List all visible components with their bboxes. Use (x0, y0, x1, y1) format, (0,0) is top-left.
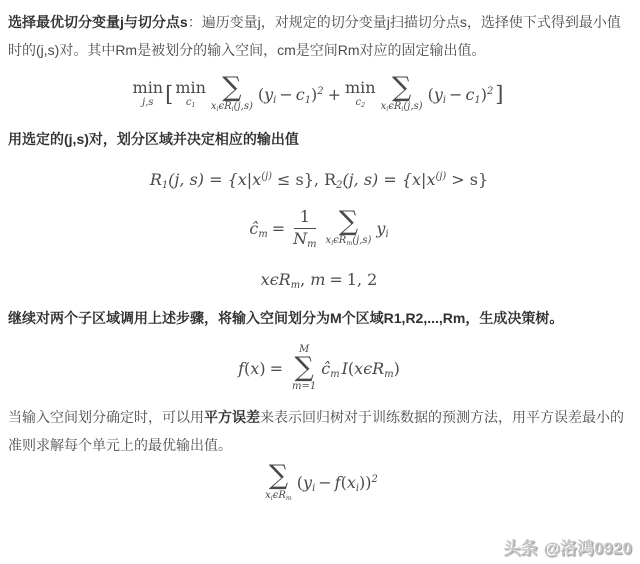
min-label: min (133, 80, 164, 96)
fraction-one-over-nm: 1 Nm (293, 208, 316, 248)
summation-symbol: ∑ (269, 464, 288, 488)
equals-sign: = (272, 219, 285, 238)
squared-term-2: (yi−c1)2 (428, 85, 494, 104)
sum-limit-xi-in-rm: xiϵRm(j,s) (326, 236, 372, 246)
residual-squared-term: (yi−f(xi))2 (297, 473, 378, 492)
sum-lower-limit: m=1 (292, 382, 316, 392)
summation-symbol: ∑ (392, 76, 411, 100)
formula-x-in-region: xϵRm,m=1, 2 (8, 270, 630, 289)
paragraph-intro: 选择最优切分变量j与切分点s：遍历变量j，对规定的切分变量j扫描切分点s，选择使… (8, 8, 630, 64)
min-js-limit: j,s (142, 98, 153, 108)
sum-limit-xi-in-rm: xiϵRm (265, 491, 292, 501)
plus-sign: + (328, 85, 341, 104)
min-label: min (175, 80, 206, 96)
formula-regression-tree-output: f(x) = M ∑ m=1 ĉmI(xϵRm) (8, 345, 630, 392)
paragraph-split-regions: 用选定的(j,s)对，划分区域并决定相应的输出值 (8, 125, 630, 153)
right-bracket: ] (495, 84, 503, 105)
summation-m-1-to-M: M ∑ m=1 (292, 345, 316, 392)
watermark-author-handle: @洛鸿0920 (544, 534, 632, 559)
indicator-term: ĉmI(xϵRm) (321, 359, 400, 378)
formula-squared-error-sum: ∑ xiϵRm (yi−f(xi))2 (8, 464, 630, 500)
x-in-rm-expression: xϵRm,m=1, 2 (261, 270, 378, 289)
c-hat-m: ĉm (249, 219, 267, 238)
region-r1-definition: R1(j, s) = {x|x(j)≤ s}, R2(j, s) = {x|x(… (150, 170, 488, 189)
squared-error-bold: 平方误差 (204, 409, 260, 425)
gt-s-segment: > s} (451, 170, 488, 189)
formula-min-squared-error: min j,s [ min c1 ∑ xiϵRi(j,s) (yi−c1)2 +… (8, 76, 630, 112)
watermark: 头条 @洛鸿0920 (504, 534, 632, 559)
summation-symbol: ∑ (294, 356, 313, 380)
y-i-term: yi (376, 219, 388, 238)
numerator: 1 (294, 208, 316, 228)
intro-colon: ： (188, 14, 202, 30)
equals-sign: = (270, 359, 283, 378)
left-bracket: [ (165, 84, 173, 105)
equals-sign: = (329, 270, 342, 289)
minus-sign: − (279, 85, 292, 104)
summation-xi-in-rm: ∑ xiϵRm (265, 464, 292, 500)
sum-limit-xi-in-ri: xiϵRi(j,s) (381, 102, 423, 112)
paragraph-recursion: 继续对两个子区域调用上述步骤，将输入空间划分为M个区域R1,R2,...,Rm，… (8, 304, 630, 332)
le-s-segment: ≤ s}, R (277, 170, 336, 189)
intro-bold-lead: 选择最优切分变量j与切分点s (8, 14, 188, 30)
summation-r1: ∑ xiϵRi(j,s) (211, 76, 253, 112)
min-js-operator: min j,s (133, 80, 164, 108)
recursion-bold: 继续对两个子区域调用上述步骤，将输入空间划分为M个区域R1,R2,...,Rm，… (8, 310, 563, 326)
min-label: min (345, 80, 376, 96)
min-c2-limit: c2 (356, 98, 366, 108)
paragraph-squared-error: 当输入空间划分确定时，可以用平方误差来表示回归树对于训练数据的预测方法，用平方误… (8, 403, 630, 459)
article-page: 选择最优切分变量j与切分点s：遍历变量j，对规定的切分变量j扫描切分点s，选择使… (0, 0, 640, 564)
min-c1-operator: min c1 (175, 80, 206, 108)
summation-symbol: ∑ (339, 210, 358, 234)
formula-region-definitions: R1(j, s) = {x|x(j)≤ s}, R2(j, s) = {x|x(… (8, 170, 630, 189)
fx-lhs: f(x) (238, 359, 265, 378)
toutiao-brand-label: 头条 (504, 534, 538, 559)
sum-limit-xi-in-ri: xiϵRi(j,s) (211, 102, 253, 112)
min-c1-limit: c1 (186, 98, 196, 108)
min-c2-operator: min c2 (345, 80, 376, 108)
squared-error-pre: 当输入空间划分确定时，可以用 (8, 409, 204, 425)
formula-cm-average: ĉm = 1 Nm ∑ xiϵRm(j,s) yi (8, 208, 630, 248)
denominator: Nm (293, 229, 316, 248)
split-regions-bold: 用选定的(j,s)对，划分区域并决定相应的输出值 (8, 131, 299, 147)
summation-r2: ∑ xiϵRi(j,s) (381, 76, 423, 112)
summation-symbol: ∑ (222, 76, 241, 100)
minus-sign: − (449, 85, 462, 104)
minus-sign: − (318, 473, 331, 492)
summation-rm: ∑ xiϵRm(j,s) (326, 210, 372, 246)
squared-term-1: (yi−c1)2 (258, 85, 324, 104)
